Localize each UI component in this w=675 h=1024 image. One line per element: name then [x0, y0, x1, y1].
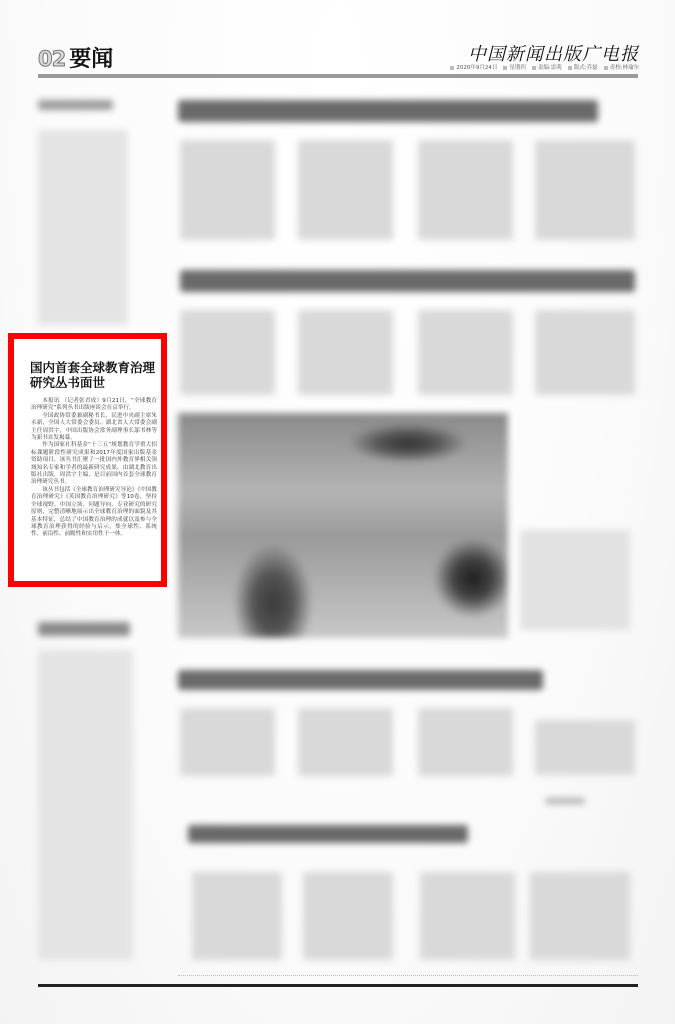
story-1-col-1 — [180, 140, 275, 240]
issue-date: 2020年9月24日 — [450, 63, 497, 71]
story-4-headline — [188, 825, 468, 843]
story-1-headline — [178, 100, 598, 122]
article-paragraph: 该丛书包括《全球教育治理研究导论》《中国教育治理研究》《英国教育治理研究》等10… — [31, 487, 157, 539]
layout-credit: 版式:乔磊 — [568, 63, 598, 71]
header-divider — [38, 74, 638, 78]
story-1-col-3 — [418, 140, 513, 240]
news-photo — [178, 413, 508, 638]
story-4-col-3 — [420, 872, 515, 960]
sidebar-headline-2 — [38, 622, 130, 636]
story-1-col-2 — [298, 140, 393, 240]
article-paragraph: 本报讯 （记者张君成）9月21日，“全球教育治理研究”系列丛书出版座谈会在京举行… — [31, 398, 157, 413]
story-4-col-4 — [530, 872, 630, 960]
editor-credit: 责编:雷萌 — [532, 63, 562, 71]
sidebar-text-block-2 — [38, 650, 133, 960]
sidebar-text-block-1 — [38, 130, 128, 325]
story-3-col-4 — [535, 720, 635, 775]
story-2-headline — [180, 270, 635, 292]
page-number: 02 — [38, 47, 65, 71]
story-2-col-4 — [535, 310, 635, 395]
story-3-col-1 — [180, 708, 275, 776]
issue-weekday: 星期四 — [503, 63, 526, 71]
story-2-col-2 — [298, 310, 393, 395]
story-3-col-2 — [298, 708, 393, 776]
proofreader-credit: 责校:林瑜尔 — [604, 63, 639, 71]
article-title: 国内首套全球教育治理研究丛书面世 — [30, 360, 158, 390]
footer-dotted-divider — [178, 975, 638, 976]
article-paragraph: 作为国家社科基金“十三五”规划教育学重大招标课题阶段性研究成果和2017年度国家… — [31, 442, 157, 486]
photo-caption-block — [520, 530, 630, 630]
page-header: 02 要闻 — [38, 42, 113, 73]
story-3-col-3 — [418, 708, 513, 776]
article-paragraph: 全国政协常委兼副秘书长、民进中央副主席朱永新，全国人大常委会委员、湖北省人大常委… — [31, 413, 157, 443]
story-1-col-4 — [535, 140, 635, 240]
section-title: 要闻 — [69, 42, 113, 73]
story-4-col-1 — [192, 872, 282, 960]
issue-meta: 2020年9月24日 星期四 责编:雷萌 版式:乔磊 责校:林瑜尔 — [450, 63, 639, 71]
story-2-col-3 — [418, 310, 513, 395]
story-3-byline — [545, 798, 585, 804]
article-body: 本报讯 （记者张君成）9月21日，“全球教育治理研究”系列丛书出版座谈会在京举行… — [31, 398, 157, 539]
story-2-col-1 — [180, 310, 275, 395]
story-4-col-2 — [303, 872, 393, 960]
footer-divider — [38, 984, 638, 987]
sidebar-headline-1 — [38, 100, 113, 110]
story-3-headline — [178, 670, 543, 690]
